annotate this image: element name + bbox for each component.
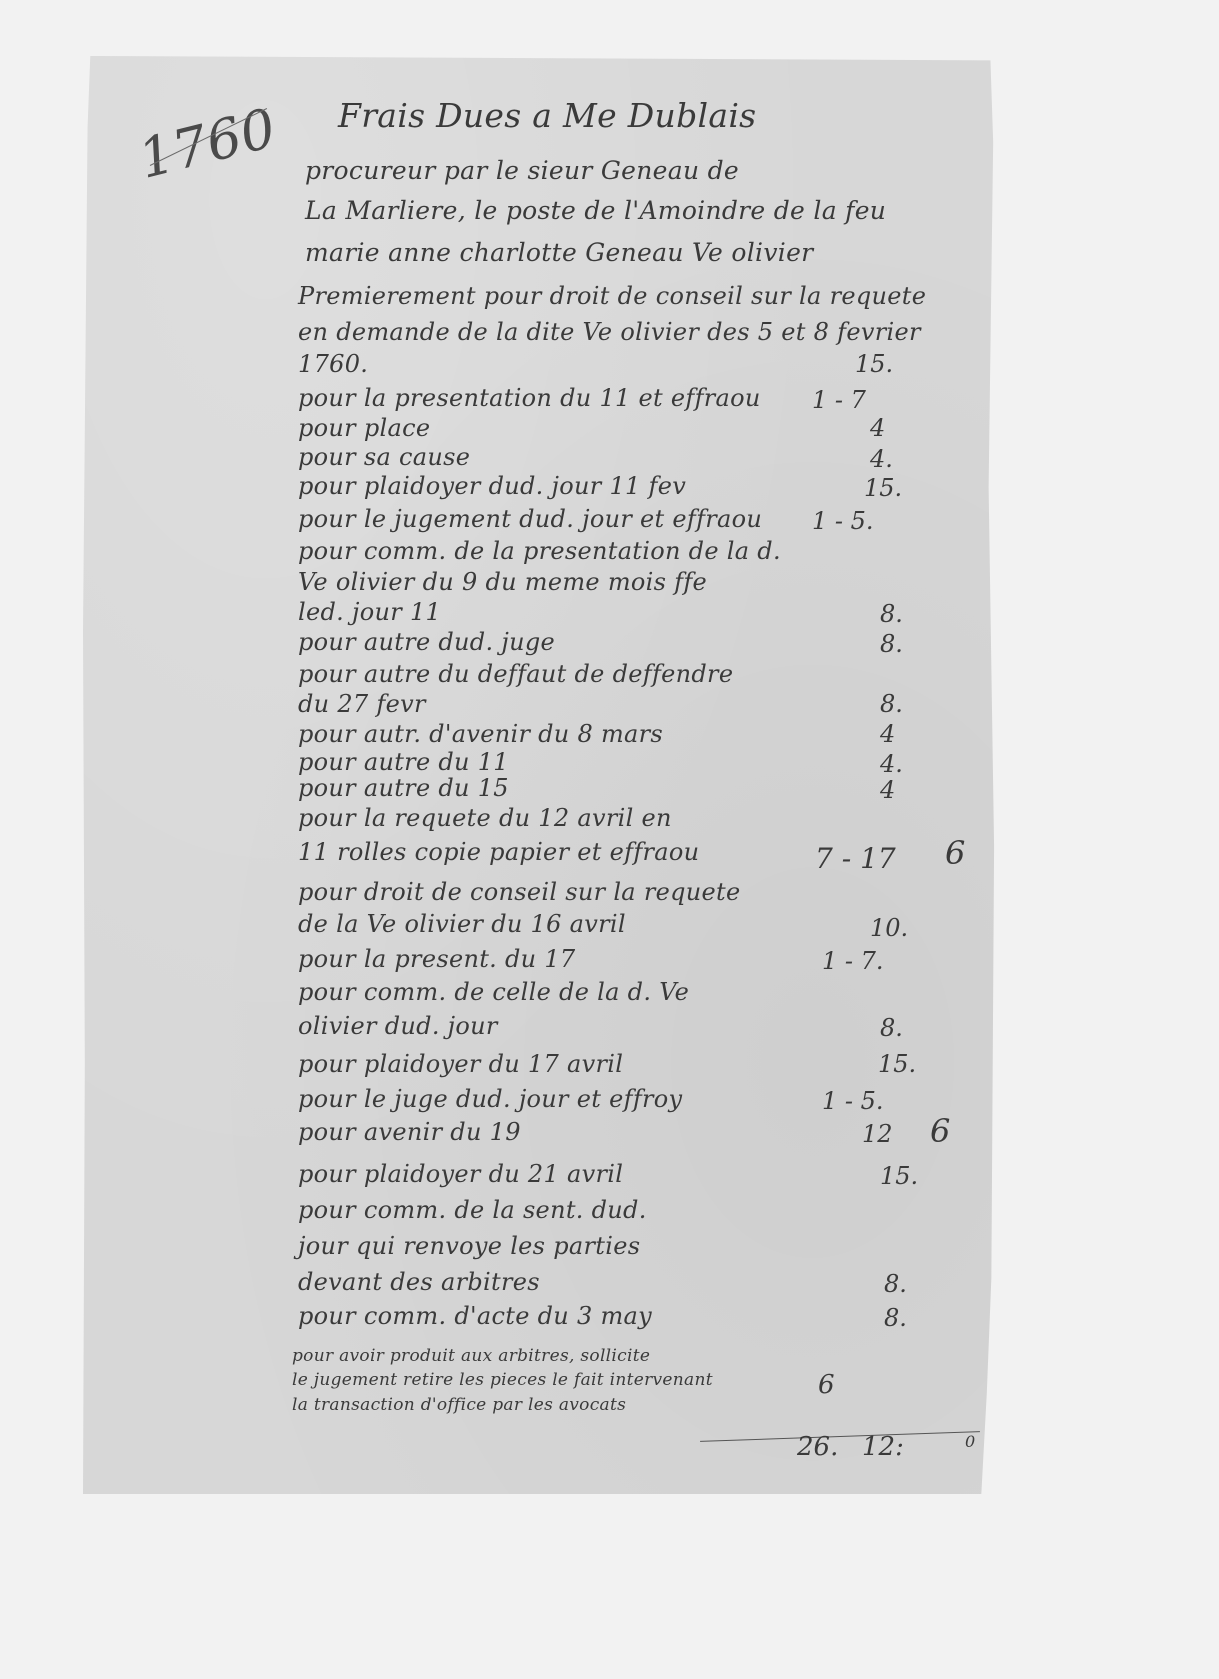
entry-amount: 1 - 7. — [822, 947, 884, 975]
entry-text: de la Ve olivier du 16 avril — [298, 910, 626, 938]
entry-amount: 12 — [862, 1120, 893, 1148]
entry-amount: 4 — [880, 776, 895, 804]
entry-text: pour plaidoyer du 17 avril — [298, 1050, 623, 1078]
entry-amount: 10. — [870, 914, 908, 942]
entry-text: pour autre du 11 — [298, 748, 509, 776]
entry-text: pour droit de conseil sur la requete — [298, 878, 740, 906]
final-note-line: la transaction d'office par les avocats — [292, 1395, 626, 1415]
document-title: Frais Dues a Me Dublais — [338, 96, 756, 135]
entry-amount: 8. — [880, 690, 903, 718]
entry-amount: 8. — [880, 600, 903, 628]
header-line: procureur par le sieur Geneau de — [305, 156, 739, 185]
entry-text: pour sa cause — [298, 443, 470, 471]
entry-amount: 4 — [870, 414, 885, 442]
entry-amount: 8. — [880, 630, 903, 658]
entry-deniers: 6 — [930, 1112, 950, 1150]
total-livres: 26. — [797, 1432, 838, 1462]
final-note-amount: 6 — [818, 1370, 835, 1400]
entry-amount: 1 - 5. — [822, 1087, 884, 1115]
entry-amount: 1 - 5. — [812, 507, 874, 535]
entry-text: Ve olivier du 9 du meme mois ffe — [298, 568, 707, 596]
entry-text: pour la present. du 17 — [298, 945, 576, 973]
entry-amount: 7 - 17 — [815, 842, 896, 875]
entry-amount: 15. — [878, 1050, 916, 1078]
final-note-line: pour avoir produit aux arbitres, sollici… — [292, 1346, 650, 1366]
entry-text: pour place — [298, 414, 430, 442]
total-deniers: 0 — [965, 1432, 975, 1451]
entry-amount: 8. — [884, 1270, 907, 1298]
entry-text: pour autre du deffaut de deffendre — [298, 660, 733, 688]
entry-text: pour comm. de la sent. dud. — [298, 1196, 647, 1224]
entry-text: pour autre dud. juge — [298, 628, 555, 656]
entry-amount: 8. — [880, 1014, 903, 1042]
entry-text: du 27 fevr — [298, 690, 426, 718]
entry-text: devant des arbitres — [298, 1268, 540, 1296]
entry-text: en demande de la dite Ve olivier des 5 e… — [298, 318, 921, 346]
entry-text: pour la requete du 12 avril en — [298, 804, 672, 832]
entry-text: pour le jugement dud. jour et effraou — [298, 505, 762, 533]
entry-text: pour comm. de celle de la d. Ve — [298, 978, 689, 1006]
entry-text: pour comm. d'acte du 3 may — [298, 1302, 652, 1330]
entry-text: pour plaidoyer du 21 avril — [298, 1160, 623, 1188]
entry-text: pour autre du 15 — [298, 774, 509, 802]
entry-amount: 15. — [864, 474, 902, 502]
entry-text: olivier dud. jour — [298, 1012, 498, 1040]
entry-text: pour plaidoyer dud. jour 11 fev — [298, 472, 686, 500]
total-sols: 12: — [862, 1432, 904, 1462]
entry-text: pour le juge dud. jour et effroy — [298, 1085, 682, 1113]
entry-text: pour comm. de la presentation de la d. — [298, 537, 781, 565]
header-line: marie anne charlotte Geneau Ve olivier — [305, 238, 813, 267]
final-note-line: le jugement retire les pieces le fait in… — [292, 1370, 713, 1390]
entry-text: pour autr. d'avenir du 8 mars — [298, 720, 663, 748]
entry-deniers: 6 — [945, 834, 965, 872]
entry-amount: 15. — [855, 350, 893, 378]
entry-amount: 15. — [880, 1162, 918, 1190]
entry-text: 1760. — [298, 350, 368, 378]
entry-text: jour qui renvoye les parties — [298, 1232, 640, 1260]
entry-text: pour la presentation du 11 et effraou — [298, 384, 761, 412]
header-line: La Marliere, le poste de l'Amoindre de l… — [305, 196, 886, 225]
entry-amount: 4 — [880, 720, 895, 748]
entry-text: Premierement pour droit de conseil sur l… — [298, 282, 926, 310]
entry-amount: 8. — [884, 1304, 907, 1332]
entry-text: 11 rolles copie papier et effraou — [298, 838, 699, 866]
entry-amount: 4. — [870, 445, 893, 473]
entry-text: pour avenir du 19 — [298, 1118, 521, 1146]
entry-text: led. jour 11 — [298, 598, 441, 626]
entry-amount: 1 - 7 — [812, 386, 866, 414]
entry-amount: 4. — [880, 750, 903, 778]
